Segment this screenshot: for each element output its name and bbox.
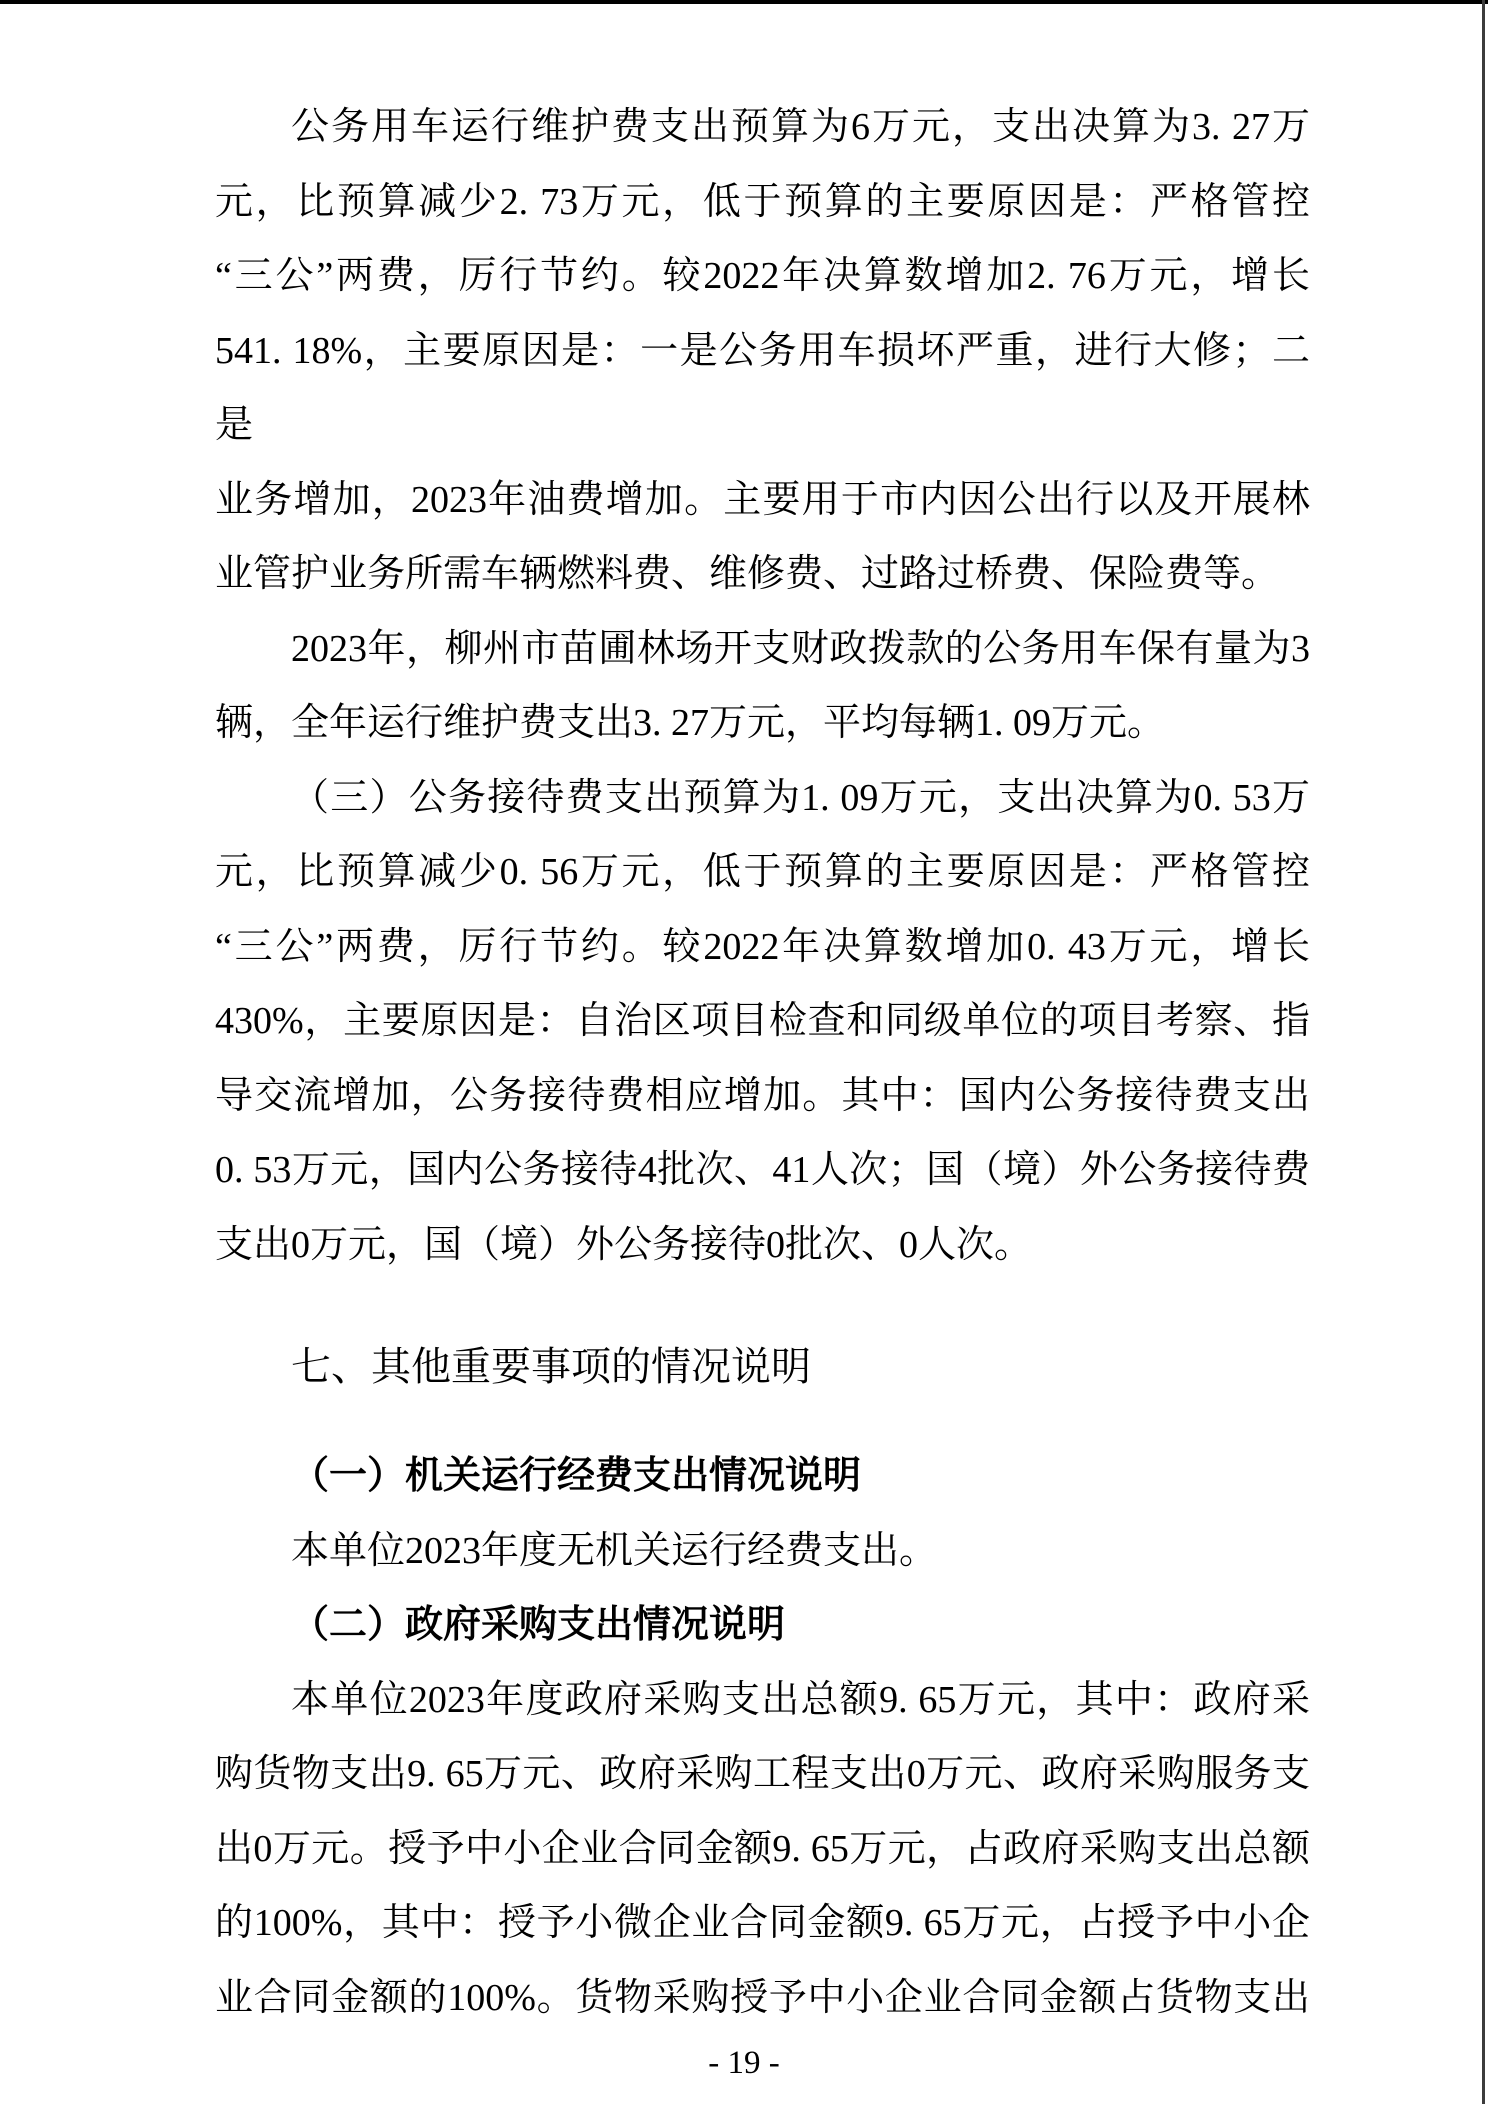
text-line: （三）公务接待费支出预算为1. 09万元，支出决算为0. 53万 (215, 761, 1310, 836)
section-heading-7: 七、其他重要事项的情况说明 (215, 1327, 1310, 1407)
page-top-border (0, 0, 1488, 4)
text-line: 的100%，其中：授予小微企业合同金额9. 65万元，占授予中小企 (215, 1886, 1310, 1961)
text-line: 出0万元。授予中小企业合同金额9. 65万元，占政府采购支出总额 (215, 1812, 1310, 1887)
page-number: - 19 - (708, 2045, 779, 2081)
subheading-agency-operating-cost: （一）机关运行经费支出情况说明 (215, 1439, 1310, 1514)
text-line: 支出0万元，国（境）外公务接待0批次、0人次。 (215, 1208, 1310, 1283)
text-line: 公务用车运行维护费支出预算为6万元，支出决算为3. 27万 (215, 90, 1310, 165)
text-line: 元，比预算减少2. 73万元，低于预算的主要原因是：严格管控 (215, 165, 1310, 240)
para-gov-procurement: 本单位2023年度政府采购支出总额9. 65万元，其中：政府采 购货物支出9. … (215, 1663, 1310, 2036)
text-line: 430%，主要原因是：自治区项目检查和同级单位的项目考察、指 (215, 984, 1310, 1059)
text-line: 辆，全年运行维护费支出3. 27万元，平均每辆1. 09万元。 (215, 686, 1310, 761)
para-vehicle-fleet: 2023年，柳州市苗圃林场开支财政拨款的公务用车保有量为3 辆，全年运行维护费支… (215, 612, 1310, 761)
text-line: 0. 53万元，国内公务接待4批次、41人次；国（境）外公务接待费 (215, 1133, 1310, 1208)
text-line: “三公”两费，厉行节约。较2022年决算数增加2. 76万元，增长 (215, 239, 1310, 314)
para-agency-operating-cost: 本单位2023年度无机关运行经费支出。 (215, 1514, 1310, 1589)
text-line: 业合同金额的100%。货物采购授予中小企业合同金额占货物支出 (215, 1961, 1310, 2036)
text-line: 本单位2023年度政府采购支出总额9. 65万元，其中：政府采 (215, 1663, 1310, 1738)
text-line: 购货物支出9. 65万元、政府采购工程支出0万元、政府采购服务支 (215, 1737, 1310, 1812)
text-line: 541. 18%，主要原因是：一是公务用车损坏严重，进行大修；二是 (215, 314, 1310, 463)
page-footer: - 19 - (0, 2041, 1488, 2085)
text-line: “三公”两费，厉行节约。较2022年决算数增加0. 43万元，增长 (215, 910, 1310, 985)
text-line: 导交流增加，公务接待费相应增加。其中：国内公务接待费支出 (215, 1059, 1310, 1134)
page-right-border (1482, 0, 1485, 2104)
text-line: 元，比预算减少0. 56万元，低于预算的主要原因是：严格管控 (215, 835, 1310, 910)
para-vehicle-maintenance: 公务用车运行维护费支出预算为6万元，支出决算为3. 27万 元，比预算减少2. … (215, 90, 1310, 612)
document-page: 公务用车运行维护费支出预算为6万元，支出决算为3. 27万 元，比预算减少2. … (0, 0, 1488, 2104)
text-line: 2023年，柳州市苗圃林场开支财政拨款的公务用车保有量为3 (215, 612, 1310, 687)
subheading-gov-procurement: （二）政府采购支出情况说明 (215, 1588, 1310, 1663)
document-content: 公务用车运行维护费支出预算为6万元，支出决算为3. 27万 元，比预算减少2. … (215, 90, 1310, 2035)
text-line: 业管护业务所需车辆燃料费、维修费、过路过桥费、保险费等。 (215, 537, 1310, 612)
text-line: 业务增加，2023年油费增加。主要用于市内因公出行以及开展林 (215, 463, 1310, 538)
para-official-reception: （三）公务接待费支出预算为1. 09万元，支出决算为0. 53万 元，比预算减少… (215, 761, 1310, 1283)
